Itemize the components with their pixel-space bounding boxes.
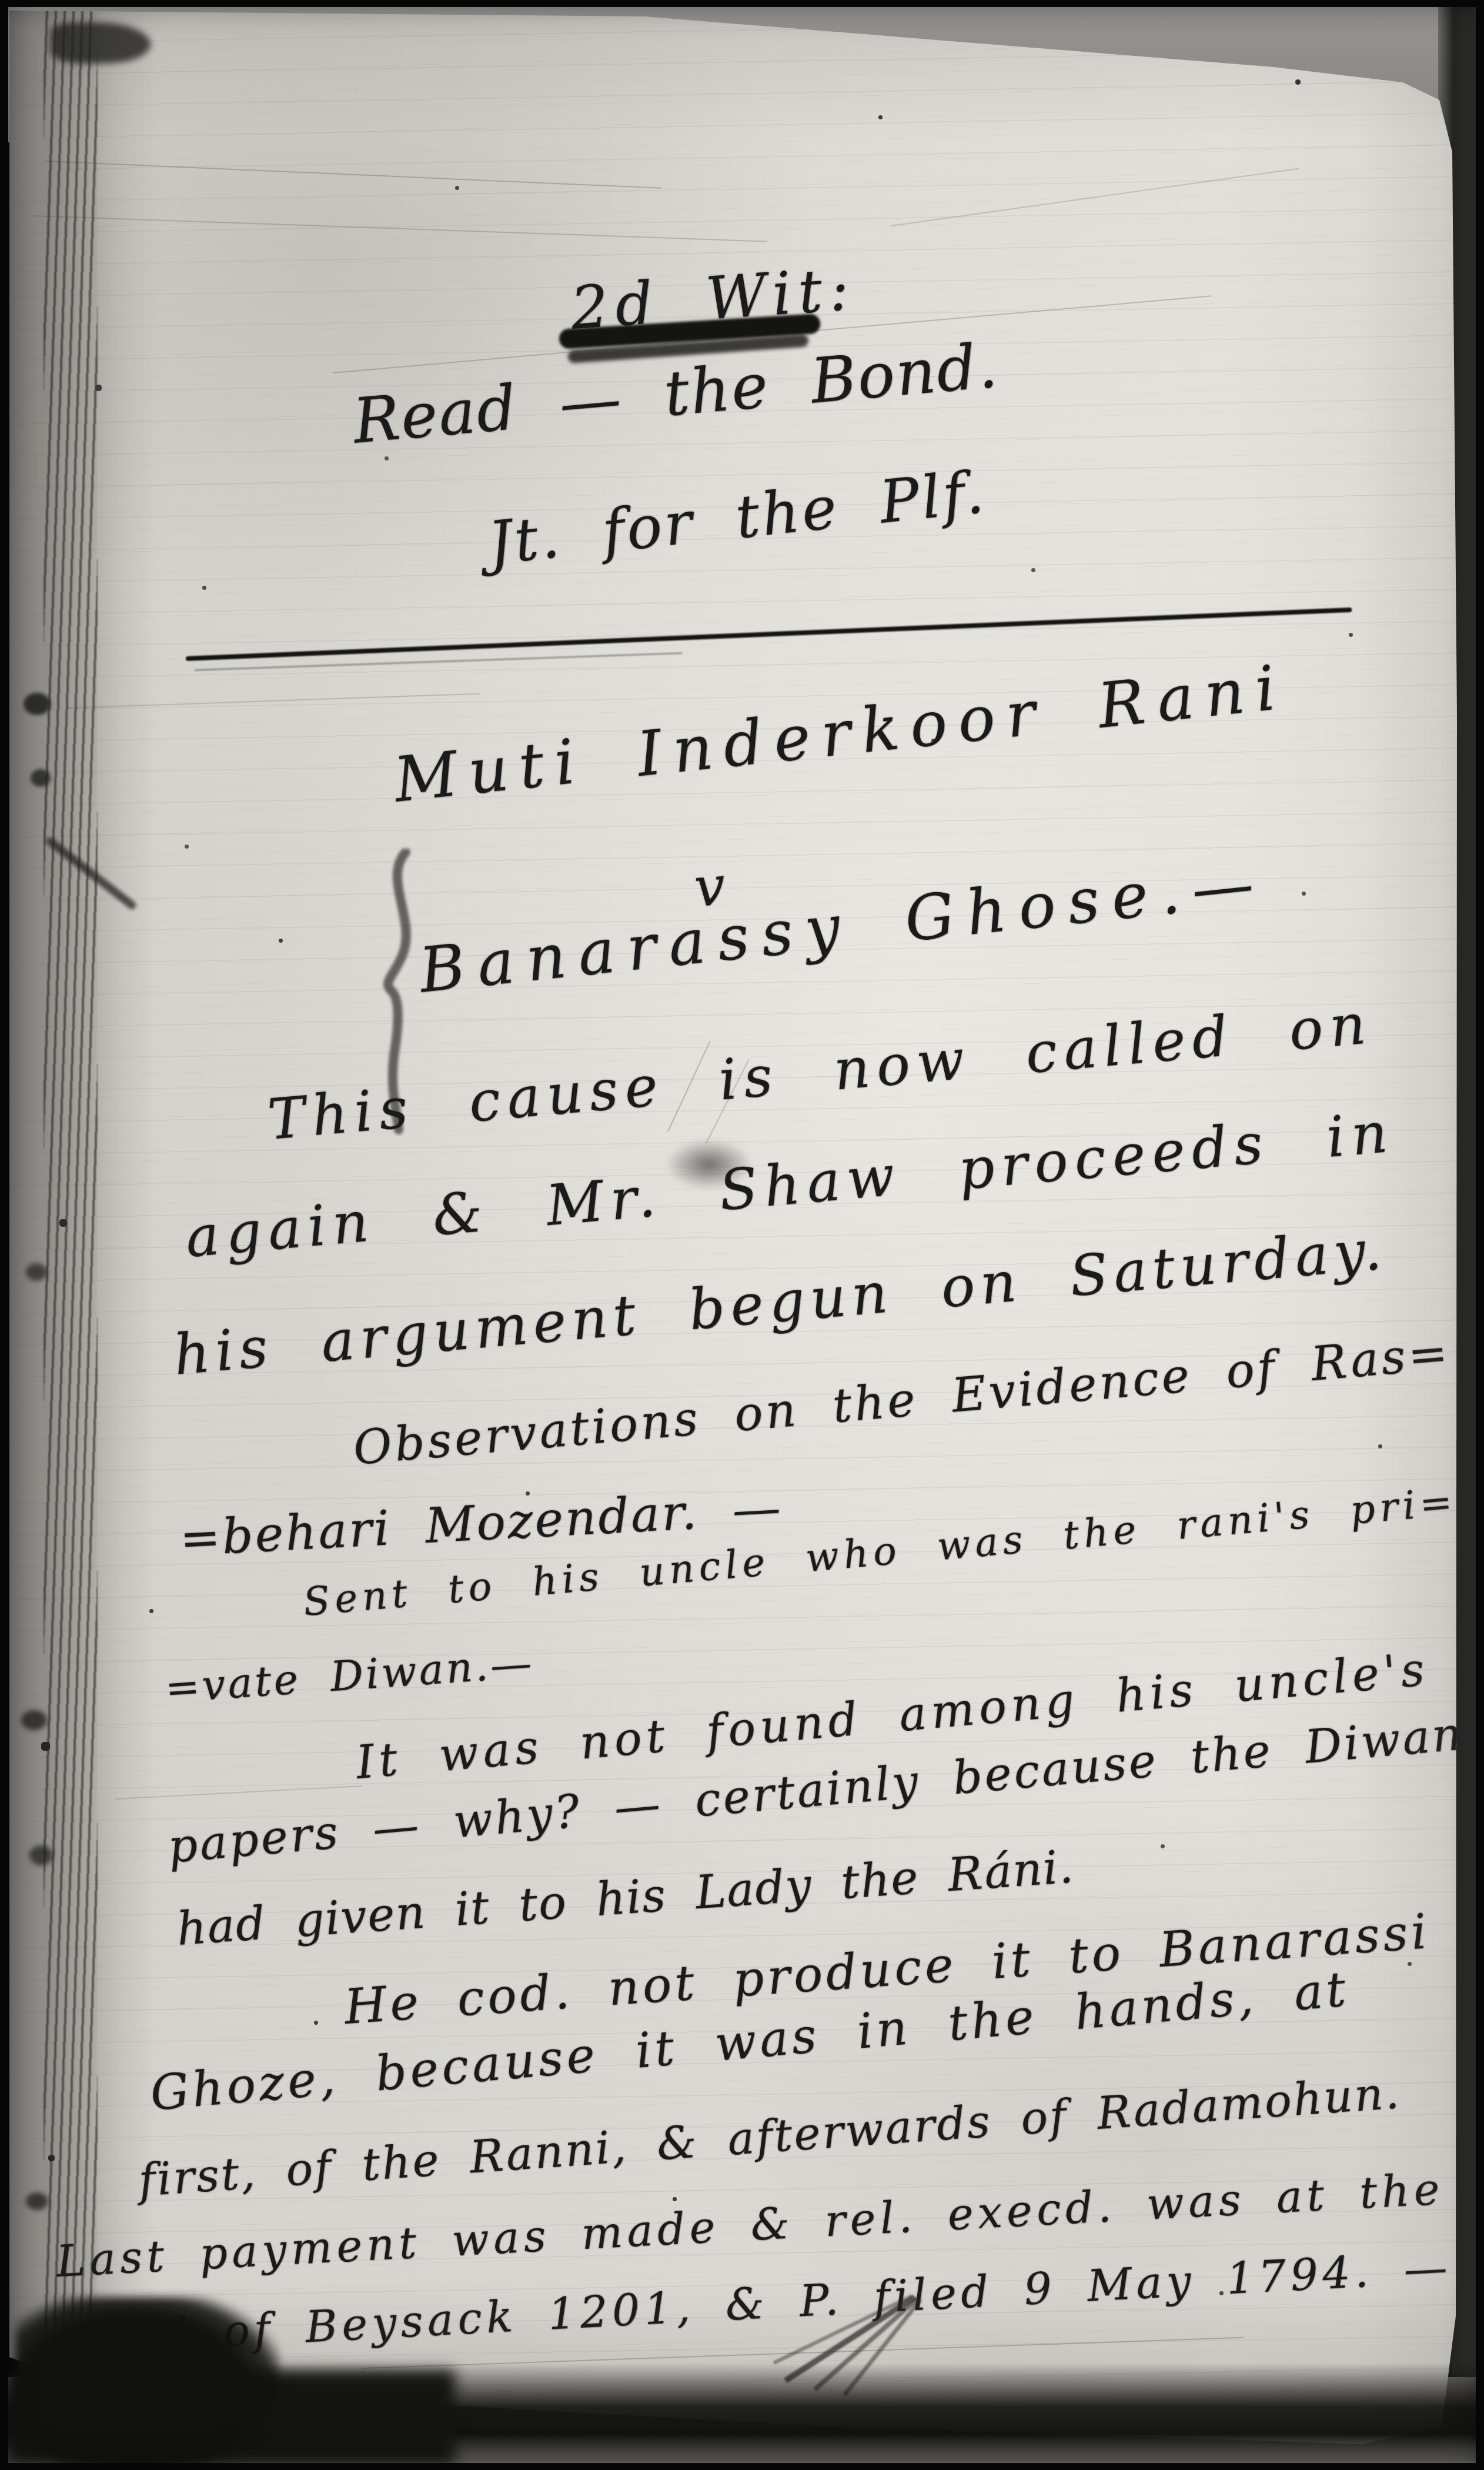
- page-vignette: [9, 11, 1457, 2445]
- scan-photo: 2d Wit: Read — the Bond. Jt. for the Plf…: [0, 0, 1484, 2470]
- thumb-shadow: [15, 2297, 280, 2470]
- manuscript-page: 2d Wit: Read — the Bond. Jt. for the Plf…: [9, 11, 1457, 2445]
